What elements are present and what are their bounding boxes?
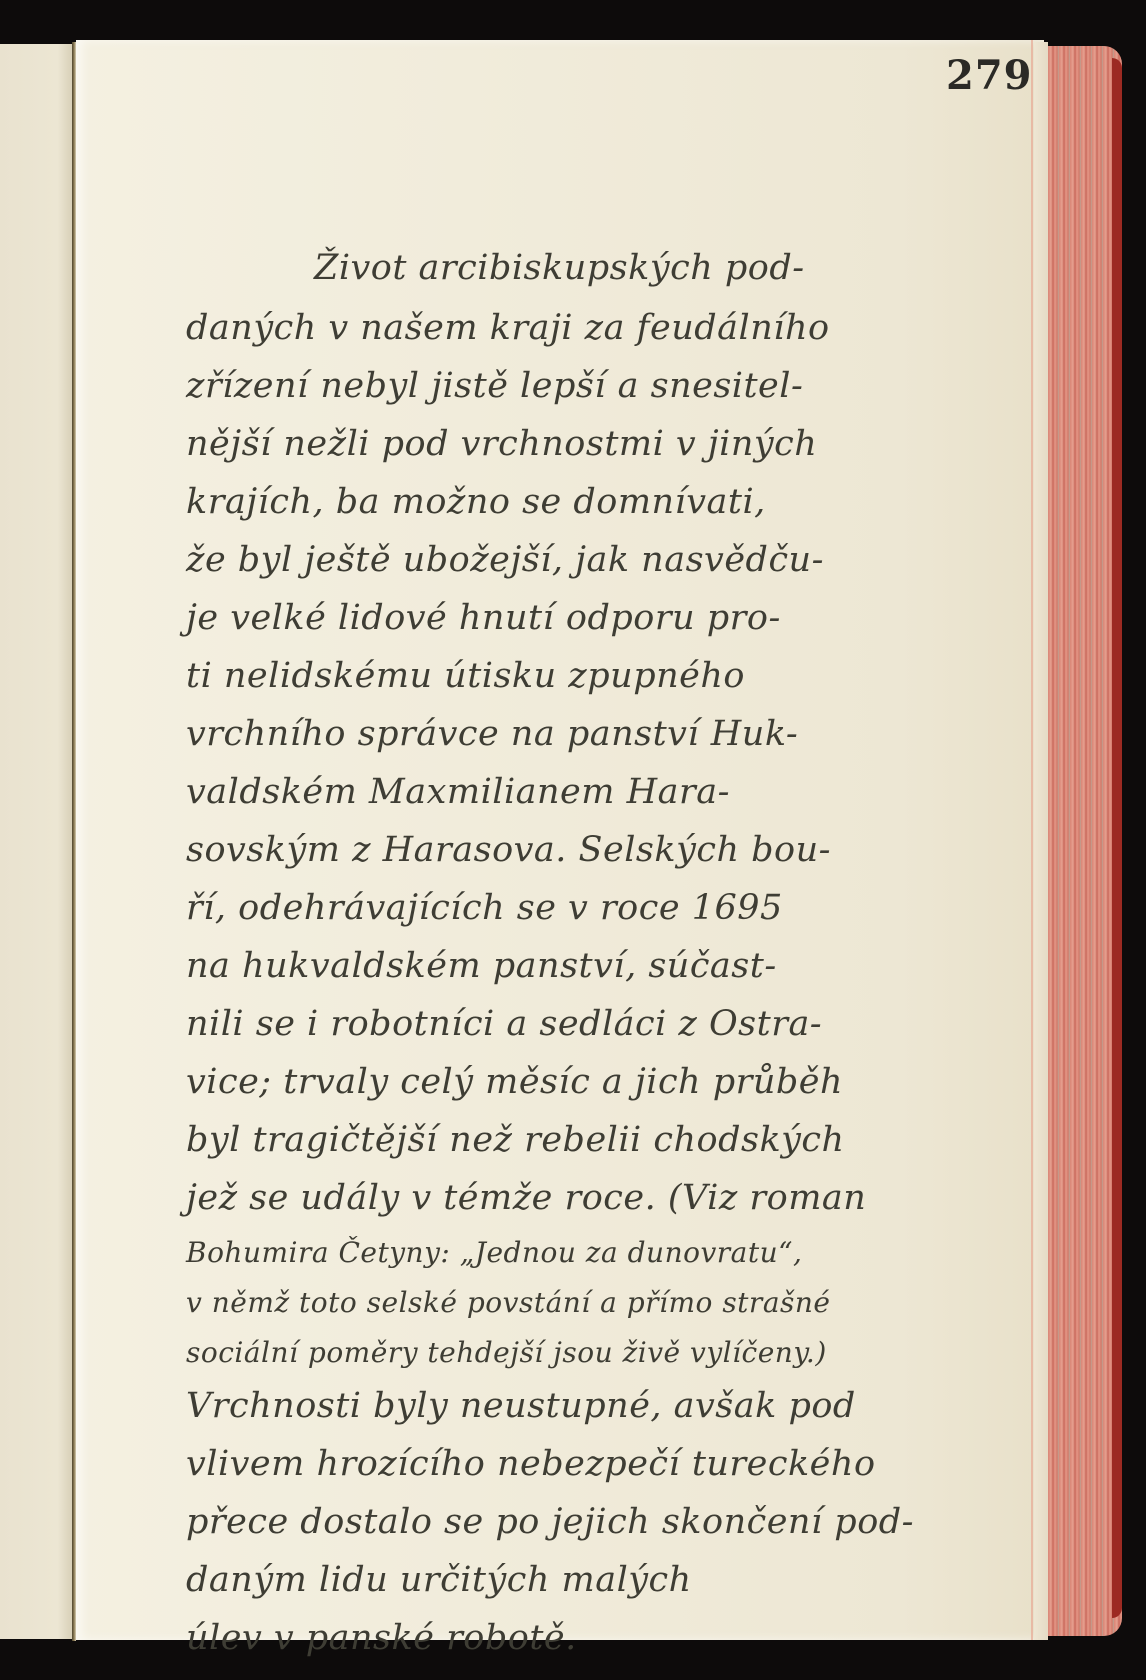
text-line: je velké lidové hnutí odporu pro- xyxy=(186,598,781,638)
text-line: ří, odehrávajících se v roce 1695 xyxy=(186,888,783,928)
text-line: v němž toto selské povstání a přímo stra… xyxy=(186,1286,831,1319)
text-line: jež se udály v témže roce. (Viz roman xyxy=(186,1178,866,1218)
text-line: úlev v panské robotě. xyxy=(186,1618,577,1658)
text-line: daným lidu určitých malých xyxy=(186,1560,692,1600)
text-line: Vrchnosti byly neustupné, avšak pod xyxy=(186,1386,856,1426)
red-page-block xyxy=(1048,46,1122,1636)
text-line: byl tragičtější než rebelii chodských xyxy=(186,1120,845,1160)
text-line: vlivem hrozícího nebezpečí tureckého xyxy=(186,1444,876,1484)
page-number: 279 xyxy=(946,52,1033,99)
book-scan: 279 Život arcibiskupských pod- daných v … xyxy=(0,0,1146,1680)
text-line: sociální poměry tehdejší jsou živě vylíč… xyxy=(186,1336,827,1369)
text-line: že byl ještě ubožejší, jak nasvědču- xyxy=(186,540,824,580)
text-line: ti nelidskému útisku zpupného xyxy=(186,656,745,696)
text-line: nili se i robotníci a sedláci z Ostra- xyxy=(186,1004,822,1044)
text-line: krajích, ba možno se domnívati, xyxy=(186,482,766,522)
text-line: na hukvaldském panství, súčast- xyxy=(186,946,777,986)
text-line: daných v našem kraji za feudálního xyxy=(186,308,830,348)
text-line: přece dostalo se po jejich skončení pod- xyxy=(186,1502,914,1542)
text-line: sovským z Harasova. Selských bou- xyxy=(186,830,831,870)
page-edge xyxy=(1034,42,1048,1640)
text-line: zřízení nebyl jistě lepší a snesitel- xyxy=(186,366,803,406)
page-margin-line xyxy=(1031,40,1033,1640)
previous-page-edge xyxy=(0,44,72,1639)
text-line: Život arcibiskupských pod- xyxy=(314,248,805,288)
text-line: vrchního správce na panství Huk- xyxy=(186,714,798,754)
text-line: vice; trvaly celý měsíc a jich průběh xyxy=(186,1062,843,1102)
text-line: valdském Maxmilianem Hara- xyxy=(186,772,730,812)
text-line: Bohumira Četyny: „Jednou za dunovratu“, xyxy=(186,1236,802,1269)
text-line: nější nežli pod vrchnostmi v jiných xyxy=(186,424,817,464)
